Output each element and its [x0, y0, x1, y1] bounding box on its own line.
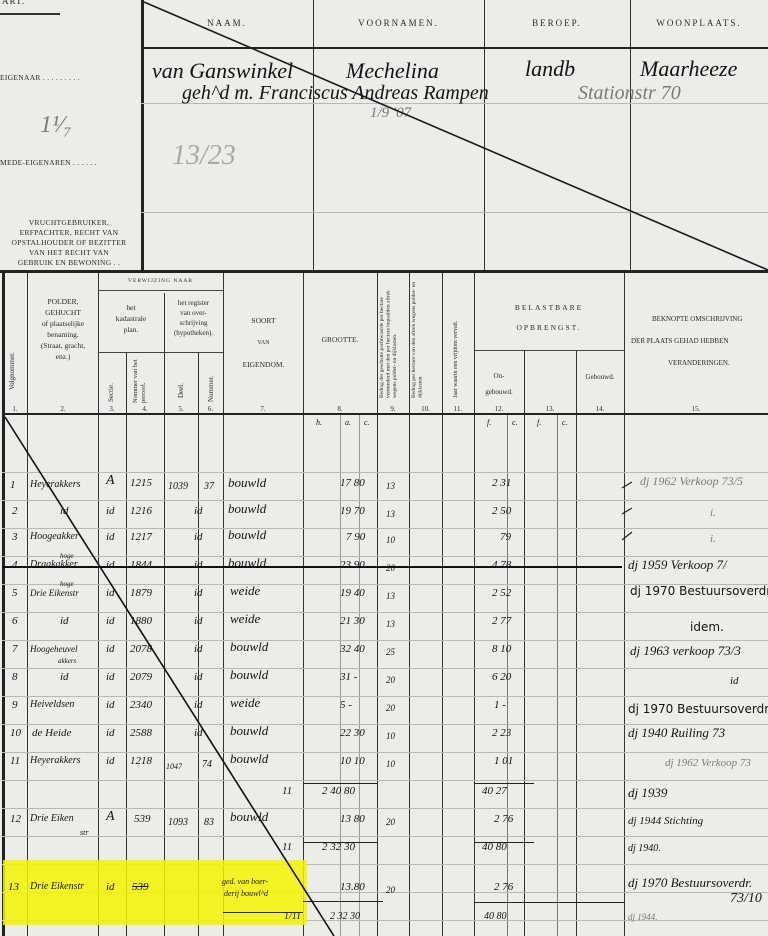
hdr-perceel: Nommer van het perceel. — [132, 358, 160, 403]
row-ongebouwd: 79 — [500, 530, 511, 544]
row-note: dj 1970 Bestuursoverdr. — [628, 876, 752, 890]
row-ongebouwd: 2 77 — [492, 614, 511, 628]
row-grootte: 19 40 — [340, 586, 365, 600]
row-note: idem. — [690, 620, 724, 634]
colnum: 9. — [377, 405, 409, 413]
colnum: 2. — [28, 405, 98, 413]
hdr-gebouwd: Gebouwd. — [576, 372, 624, 383]
colnum: 7. — [223, 405, 303, 413]
row-grootte: 5 - — [340, 698, 352, 712]
colnum: 15. — [624, 405, 768, 413]
row-ongebouwd: 1 01 — [494, 754, 513, 768]
colnum: 3. — [98, 405, 126, 413]
hdr-polder: POLDER, GEHUCHT of plaatselijke benaming… — [28, 296, 98, 362]
hdr-ongebouwd: On- gebouwd. — [474, 368, 524, 400]
row-note: dj 1939 — [628, 786, 667, 800]
row-pachtwaarde: 20 — [386, 883, 395, 897]
row-note: dj 1962 Verkoop 73/5 — [640, 474, 743, 488]
row-pachtwaarde: 20 — [386, 701, 395, 715]
colnum: 8. — [303, 405, 377, 413]
row-ongebouwd: 4 78 — [492, 558, 511, 572]
cancel-line-owner — [141, 0, 768, 272]
row-grootte: 32 40 — [340, 642, 365, 656]
row-grootte: 17 80 — [340, 476, 365, 490]
row-grootte: 21 30 — [340, 614, 365, 628]
row-pachtwaarde: 10 — [386, 757, 395, 771]
col-line-faint — [557, 415, 558, 936]
row-pachtwaarde: 20 — [386, 673, 395, 687]
vruchtgebruiker-label: VRUCHTGEBRUIKER, ERFPACHTER, RECHT VAN O… — [0, 218, 138, 268]
row-ongebouwd: 2 76 — [494, 812, 513, 826]
header-rule — [98, 352, 223, 353]
row-note-line2: 73/10 — [730, 892, 762, 906]
bracket-marks — [620, 470, 650, 550]
row-note: dj 1940 Ruiling 73 — [628, 726, 725, 740]
unit-label: f. — [537, 418, 541, 427]
sum-rule — [474, 902, 624, 903]
row-grootte: 23 90 — [340, 558, 365, 572]
register-page: ART. EIGENAAR . . . . . . . . . 1¹⁄₇ MED… — [0, 0, 768, 936]
row-pachtwaarde: 13 — [386, 617, 395, 631]
row-grootte: 19 70 — [340, 504, 365, 518]
mede-eigenaren-label: MEDE-EIGENAREN . . . . . . — [0, 158, 140, 168]
row-grootte: 13 80 — [340, 812, 365, 826]
row-pachtwaarde: 25 — [386, 645, 395, 659]
row-note: dj 1970 Bestuursoverdr. 73/10 — [630, 584, 768, 598]
row-ongebouwd: 8 10 — [492, 642, 511, 656]
row-grootte: 7 90 — [346, 530, 365, 544]
hdr-kadastrale-plan: het kadastrale plan. — [98, 302, 164, 335]
pencil-mark-left: 1¹⁄₇ — [40, 112, 72, 139]
subtotal-ongebouwd: 40 27 — [482, 784, 507, 798]
col-line — [524, 350, 525, 936]
row-pachtwaarde: 10 — [386, 729, 395, 743]
section-divider — [0, 270, 768, 273]
colnum: 14. — [576, 405, 624, 413]
colnum: 13. — [524, 405, 576, 413]
unit-label: a. — [345, 418, 351, 427]
hdr-register: het register van over- schrijving (hypot… — [164, 298, 223, 338]
row-note: dj 1963 verkoop 73/3 — [630, 644, 741, 658]
colnum: 11. — [442, 405, 474, 413]
row-grootte: 10 10 — [340, 754, 365, 768]
cancel-line-table — [0, 415, 340, 936]
unit-label: c. — [512, 418, 518, 427]
colnum: 5. — [164, 405, 198, 413]
hdr-grootte: GROOTTE. — [303, 334, 377, 345]
article-label-fragment: ART. — [2, 0, 25, 6]
col-line-faint — [359, 415, 360, 936]
hdr-deel: Deel. — [177, 368, 185, 398]
hdr-soort: SOORT VAN EIGENDOM. — [224, 310, 303, 376]
colnum: 4. — [126, 405, 164, 413]
hdr-belastbare: BELASTBARE OPBRENGST. — [474, 298, 624, 338]
hdr-verwijzing: VERWIJZING NAAR — [98, 278, 223, 284]
row-pachtwaarde: 13 — [386, 479, 395, 493]
hdr-volgnommer: Volgnommer. — [8, 310, 16, 390]
colnum: 6. — [198, 405, 223, 413]
row-ongebouwd: 1 - — [494, 698, 506, 712]
header-rule — [98, 290, 223, 291]
row-note: id — [730, 674, 739, 688]
row-pachtwaarde: 20 — [386, 561, 395, 575]
divider — [0, 13, 60, 15]
row-pachtwaarde: 20 — [386, 815, 395, 829]
row-note: i. — [710, 506, 716, 520]
row-grootte: 13.80 — [340, 880, 365, 894]
hdr-vrijdom: Jaar waarin een vrijdom vervalt. — [452, 278, 460, 398]
row-note: dj 1962 Verkoop 73 — [665, 756, 751, 770]
row-pachtwaarde: 10 — [386, 533, 395, 547]
unit-label: f. — [487, 418, 491, 427]
hdr-nommer: Nommer. — [207, 362, 215, 402]
unit-label: c. — [364, 418, 370, 427]
colnum: 10. — [409, 405, 442, 413]
row-ongebouwd: 2 76 — [494, 880, 513, 894]
hdr-pachtwaarde: Bedrag der geschatte pachtwaarde per hec… — [379, 278, 407, 398]
unit-label: c. — [562, 418, 568, 427]
row-pachtwaarde: 13 — [386, 589, 395, 603]
row-ongebouwd: 2 50 — [492, 504, 511, 518]
hdr-sectie: Sectie. — [107, 362, 115, 402]
subtotal-ongebouwd: 40 80 — [484, 910, 507, 924]
hdr-aftrek: Bedrag per hectare van den aftrek wegens… — [411, 278, 439, 398]
colnum: 12. — [474, 405, 524, 413]
row-ongebouwd: 2 23 — [492, 726, 511, 740]
row-note: dj 1959 Verkoop 7/ — [628, 558, 727, 572]
row-note: dj 1940. — [628, 842, 661, 856]
header-rule — [474, 350, 624, 351]
row-ongebouwd: 2 52 — [492, 586, 511, 600]
row-pachtwaarde: 13 — [386, 507, 395, 521]
hdr-omschrijving: BEKNOPTE OMSCHRIJVING DER PLAATS GEHAD H… — [626, 308, 768, 374]
colnum: 1. — [3, 405, 27, 413]
row-grootte: 31 - — [340, 670, 357, 684]
subtotal-ongebouwd: 40 80 — [482, 840, 507, 854]
row-note: dj 1944. — [628, 910, 658, 924]
eigenaar-label: EIGENAAR . . . . . . . . . — [0, 73, 140, 83]
row-note: i. — [710, 532, 716, 546]
row-ongebouwd: 2 31 — [492, 476, 511, 490]
row-note: dj 1970 Bestuursoverdracht — [628, 702, 768, 716]
row-note: dj 1944 Stichting — [628, 814, 703, 828]
col-line — [576, 350, 577, 936]
row-ongebouwd: 6 20 — [492, 670, 511, 684]
row-grootte: 22 30 — [340, 726, 365, 740]
